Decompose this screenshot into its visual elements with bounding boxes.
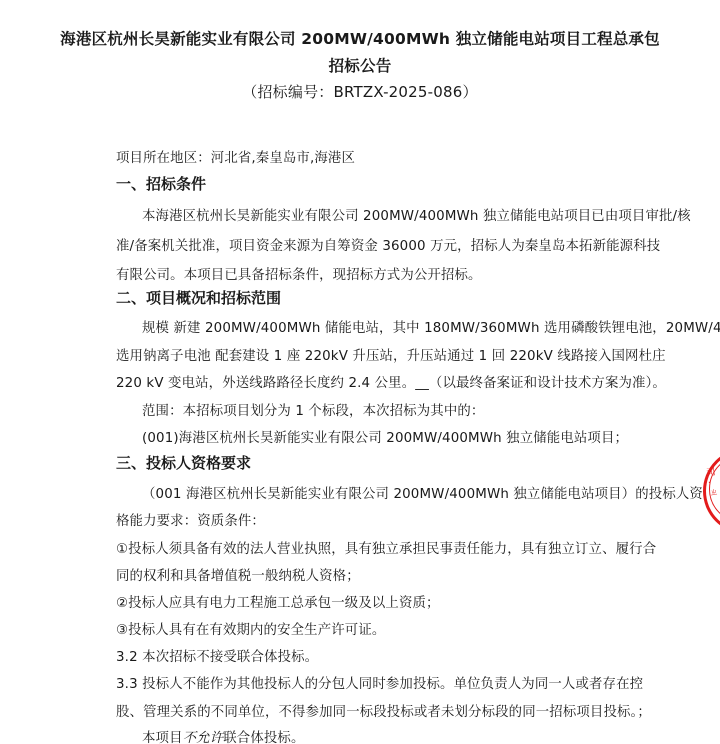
document-subtitle: 招标公告 [0, 54, 720, 76]
section2-paragraph-line: 220 kV 变电站，外送线路路径长度约 2.4 公里。__（以最终备案证和设计… [116, 372, 666, 391]
section2-paragraph-line: 选用钠离子电池 配套建设 1 座 220kV 升压站，升压站通过 1 回 220… [116, 345, 666, 364]
section1-paragraph-line: 有限公司。本项目已具备招标条件，现招标方式为公开招标。 [116, 264, 482, 283]
tender-announcement-page: 海港区杭州长昊新能实业有限公司 200MW/400MWh 独立储能电站项目工程总… [0, 0, 720, 744]
section1-paragraph-line: 本海港区杭州长昊新能实业有限公司 200MW/400MWh 独立储能电站项目已由… [142, 205, 691, 224]
section3-heading: 三、投标人资格要求 [116, 452, 251, 473]
section1-heading: 一、招标条件 [116, 173, 206, 194]
section3-clause-line: 股、管理关系的不同单位，不得参加同一标段投标或者未划分标段的同一招标项目投标。； [116, 701, 651, 720]
consortium-emphasis: 不允许 [183, 731, 224, 744]
document-title: 海港区杭州长昊新能实业有限公司 200MW/400MWh 独立储能电站项目工程总… [0, 27, 720, 49]
project-location: 项目所在地区：河北省,秦皇岛市,海港区 [116, 147, 355, 166]
section3-clause-line: 3.2 本次招标不接受联合体投标。 [116, 646, 318, 665]
section3-requirement-line: ①投标人须具备有效的法人营业执照，具有独立承担民事责任能力，具有独立订立、履行合 [116, 538, 656, 557]
section3-requirement-line: ③投标人具有在有效期内的安全生产许可证。 [116, 619, 385, 638]
section3-requirement-line: 同的权利和具备增值税一般纳税人资格； [116, 565, 360, 584]
consortium-prefix: 本项目 [142, 731, 183, 744]
section1-paragraph-line: 准/备案机关批准，项目资金来源为自筹资金 36000 万元，招标人为秦皇岛本拓新… [116, 235, 660, 254]
section2-paragraph-line: 规模 新建 200MW/400MWh 储能电站，其中 180MW/360MWh … [142, 317, 720, 336]
section2-lot-line: (001)海港区杭州长昊新能实业有限公司 200MW/400MWh 独立储能电站… [142, 427, 628, 446]
section2-scope-line: 范围：本招标项目划分为 1 个标段，本次招标为其中的： [142, 400, 484, 419]
consortium-suffix: 联合体投标。 [223, 731, 304, 744]
section3-consortium-line: 本项目不允许联合体投标。 [142, 727, 305, 744]
section3-requirement-line: ②投标人应具有电力工程施工总承包一级及以上资质； [116, 592, 440, 611]
section3-paragraph-line: （001 海港区杭州长昊新能实业有限公司 200MW/400MWh 独立储能电站… [142, 483, 703, 502]
section2-heading: 二、项目概况和招标范围 [116, 287, 281, 308]
section3-clause-line: 3.3 投标人不能作为其他投标人的分包人同时参加投标。单位负责人为同一人或者存在… [116, 673, 643, 692]
section3-paragraph-line: 格能力要求：资质条件： [116, 510, 265, 529]
bid-number: （招标编号：BRTZX-2025-086） [0, 81, 720, 102]
